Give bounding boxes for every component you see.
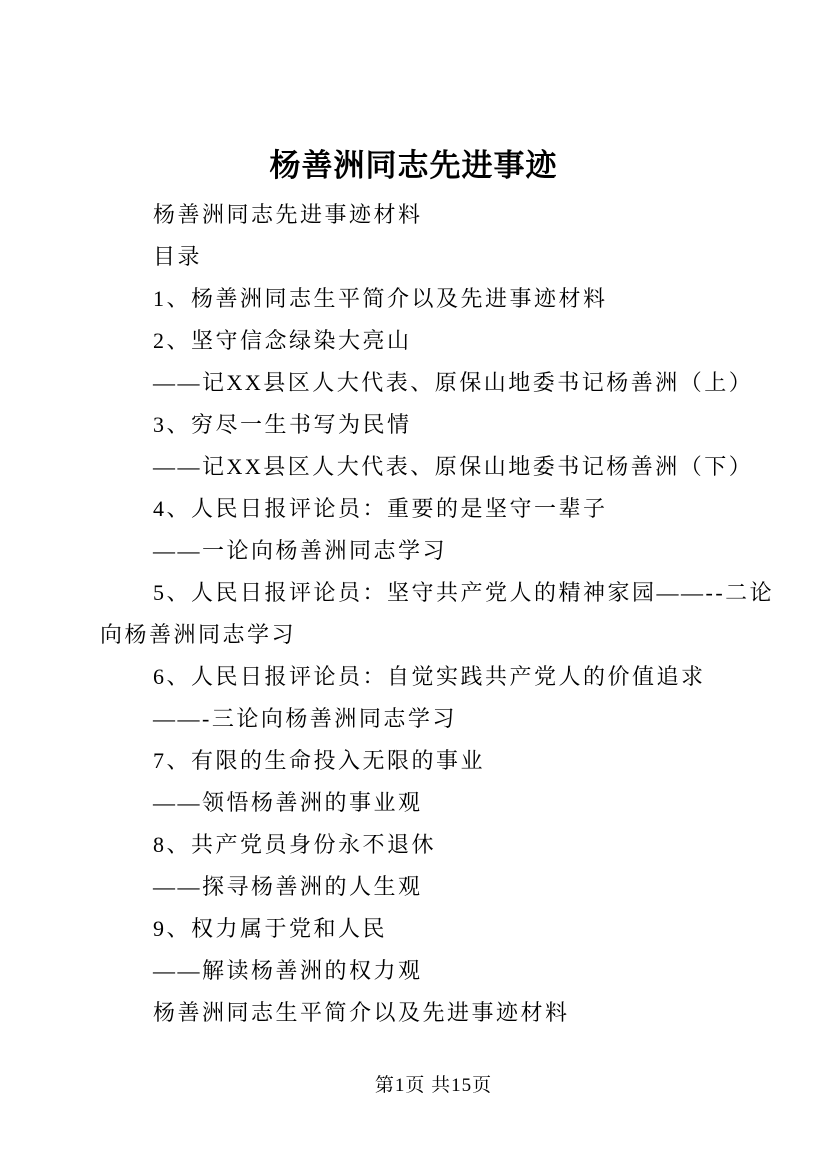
document-page: 杨善洲同志先进事迹 杨善洲同志先进事迹材料目录1、杨善洲同志生平简介以及先进事迹… — [0, 0, 827, 1170]
text-line: 2、坚守信念绿染大亮山 — [100, 320, 740, 362]
text-line: ——探寻杨善洲的人生观 — [100, 866, 740, 908]
text-line: 4、人民日报评论员：重要的是坚守一辈子 — [100, 488, 740, 530]
text-line: ——记XX县区人大代表、原保山地委书记杨善洲（下） — [100, 446, 740, 488]
page-footer: 第1页 共15页 — [20, 1072, 827, 1100]
text-line: 7、有限的生命投入无限的事业 — [100, 740, 740, 782]
text-line: ——-三论向杨善洲同志学习 — [100, 698, 740, 740]
text-line: 8、共产党员身份永不退休 — [100, 824, 740, 866]
text-line: 目录 — [100, 236, 740, 278]
text-line: ——领悟杨善洲的事业观 — [100, 782, 740, 824]
text-line: 向杨善洲同志学习 — [100, 614, 740, 656]
page-number-indicator: 第1页 共15页 — [375, 1075, 492, 1096]
text-line: ——解读杨善洲的权力观 — [100, 950, 740, 992]
text-line: 杨善洲同志生平简介以及先进事迹材料 — [100, 992, 740, 1034]
text-line: 9、权力属于党和人民 — [100, 908, 740, 950]
text-line: ——一论向杨善洲同志学习 — [100, 530, 740, 572]
document-lines: 杨善洲同志先进事迹材料目录1、杨善洲同志生平简介以及先进事迹材料2、坚守信念绿染… — [100, 194, 740, 1034]
text-line: 5、人民日报评论员：坚守共产党人的精神家园——--二论 — [100, 572, 740, 614]
text-line: 1、杨善洲同志生平简介以及先进事迹材料 — [100, 278, 740, 320]
text-line: 6、人民日报评论员：自觉实践共产党人的价值追求 — [100, 656, 740, 698]
text-line: ——记XX县区人大代表、原保山地委书记杨善洲（上） — [100, 362, 740, 404]
text-line: 杨善洲同志先进事迹材料 — [100, 194, 740, 236]
document-title: 杨善洲同志先进事迹 — [0, 143, 827, 189]
text-line: 3、穷尽一生书写为民情 — [100, 404, 740, 446]
